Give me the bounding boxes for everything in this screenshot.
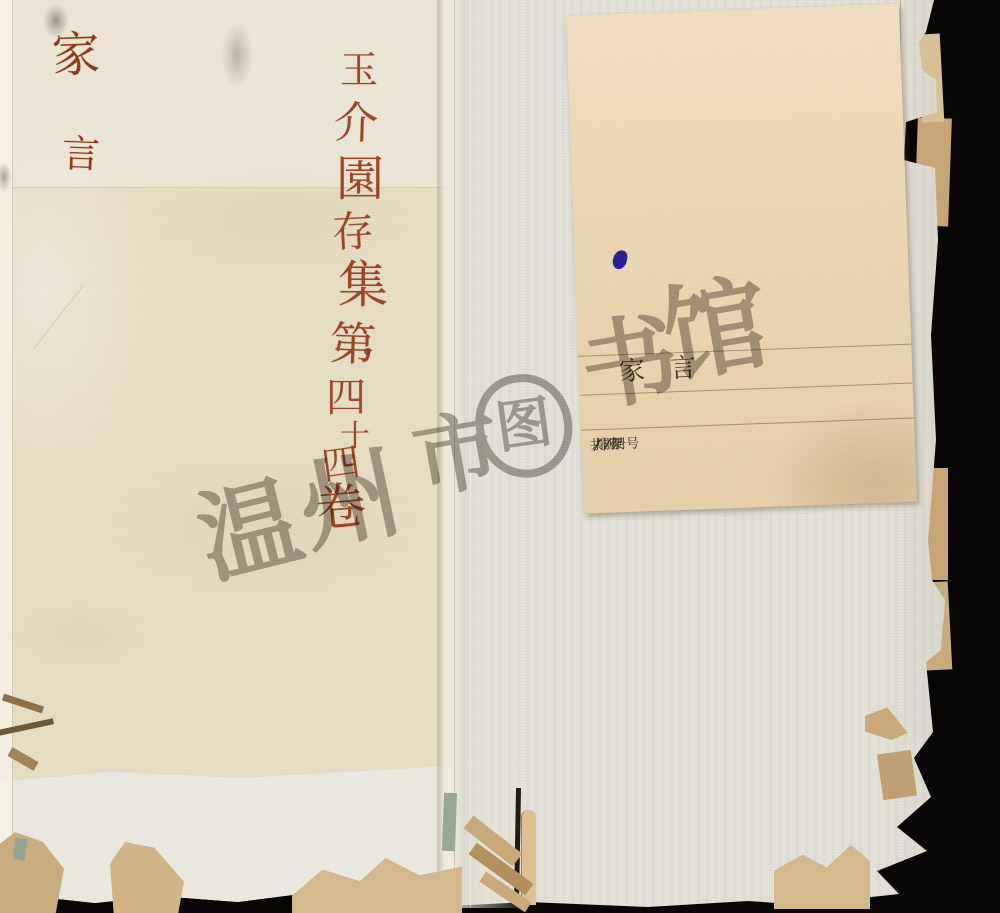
volume-title-char: 四 xyxy=(326,378,366,418)
pasted-catalog-sheet: 家言 共 / 册 存 / 册 排架号 xyxy=(566,4,917,514)
volume-title-char: 第 xyxy=(329,321,377,369)
volume-title-char: 園 xyxy=(336,156,384,204)
left-page: 家 言 玉 介 園 存 集 第 四 十 四 卷 xyxy=(0,0,452,906)
ink-speck xyxy=(364,348,370,355)
volume-title-char: 玉 xyxy=(340,52,378,90)
field-token-shelf-number: 排架号 xyxy=(594,432,641,454)
torn-paper-patch xyxy=(877,750,917,800)
spine-crease xyxy=(470,0,471,908)
label-rule-line xyxy=(578,344,911,357)
ink-smudge xyxy=(220,18,254,92)
volume-title-char: 介 xyxy=(333,101,379,147)
volume-title-char: 卷 xyxy=(314,480,368,534)
paper-crease xyxy=(34,285,131,385)
spine-crease xyxy=(454,0,455,908)
label-title: 家言 xyxy=(618,354,721,385)
paper-fold-strip xyxy=(0,0,13,906)
blue-ink-dot xyxy=(611,249,628,270)
corner-title-char: 家 xyxy=(51,31,101,81)
binding-fragment xyxy=(442,793,457,851)
corner-title-char: 言 xyxy=(61,135,100,174)
label-rule-line xyxy=(581,418,914,431)
book-cover-scan: 家 言 玉 介 園 存 集 第 四 十 四 卷 家言 共 / 册 存 / 册 排… xyxy=(0,0,1000,913)
volume-title-char: 集 xyxy=(338,260,388,310)
volume-title-char: 存 xyxy=(331,211,375,255)
